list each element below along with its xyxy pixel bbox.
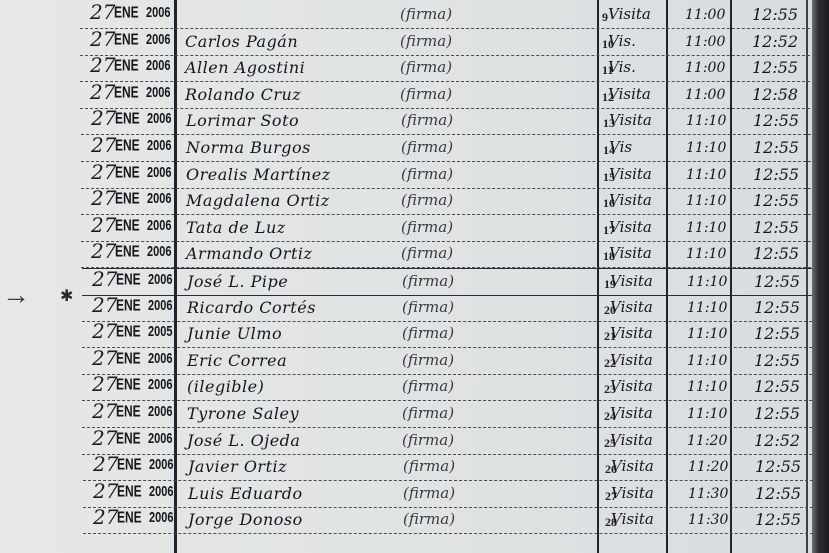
table-row: 27 ENE 2006 Rolando Cruz (firma) 12 Visi… <box>80 82 810 109</box>
time-out: 12:55 <box>752 58 798 84</box>
visitor-signature: (firma) <box>403 457 455 483</box>
table-row: 27 ENE 2006 Tata de Luz (firma) 17 Visit… <box>81 215 811 242</box>
entry-day: 27 <box>92 426 117 452</box>
visitor-name: Luis Eduardo <box>188 484 303 510</box>
entry-day: 27 <box>93 505 118 531</box>
visitor-name: Jorge Donoso <box>188 510 303 536</box>
visitor-signature: (firma) <box>400 32 452 58</box>
visitor-signature: (firma) <box>402 351 454 377</box>
entry-day: 27 <box>91 133 116 159</box>
table-row: 27 ENE 2006 Carlos Pagán (firma) 10 Vis.… <box>80 29 810 56</box>
visit-purpose: Vis <box>609 138 632 164</box>
time-out: 12:58 <box>752 85 798 111</box>
entry-day: 27 <box>92 346 117 372</box>
visit-purpose: Visita <box>609 218 652 244</box>
entry-day: 27 <box>92 399 117 425</box>
entry-day: 27 <box>93 479 118 505</box>
time-out: 12:55 <box>753 111 799 137</box>
visit-purpose: Visita <box>609 111 652 137</box>
visit-purpose: Visita <box>608 5 651 31</box>
time-out: 12:55 <box>753 138 799 164</box>
entry-day: 27 <box>92 372 117 398</box>
table-row: 27 ENE 2006 (ilegible) (firma) 23 Visita… <box>82 374 812 401</box>
visitor-name: José L. Ojeda <box>187 431 300 457</box>
table-row: 27 ENE 2006 José L. Ojeda (firma) 25 Vis… <box>82 428 812 455</box>
visitor-name: Tyrone Saley <box>187 404 299 430</box>
log-sheet-photo: → ✱ 27 ENE 2006 (firma) 9 Visita 11:00 1… <box>0 0 829 553</box>
visitor-name: Ricardo Cortés <box>187 298 316 324</box>
visitor-signature: (firma) <box>401 218 453 244</box>
visitor-name: Armando Ortiz <box>186 244 312 270</box>
visitor-name: Tata de Luz <box>186 218 286 244</box>
visit-purpose: Visita <box>609 191 652 217</box>
entry-day: 27 <box>91 213 116 239</box>
visit-purpose: Vis. <box>608 58 636 84</box>
entry-day: 27 <box>91 160 116 186</box>
visit-purpose: Visita <box>611 510 654 536</box>
visitor-signature: (firma) <box>403 510 455 536</box>
time-out: 12:55 <box>753 218 799 244</box>
visit-purpose: Visita <box>610 404 653 430</box>
entry-day: 27 <box>91 186 116 212</box>
binder-edge <box>812 0 829 553</box>
time-out: 12:55 <box>755 484 801 510</box>
visitor-signature: (firma) <box>402 404 454 430</box>
asterisk-mark-icon: ✱ <box>60 286 73 306</box>
visitor-signature: (firma) <box>401 191 453 217</box>
visitor-signature: (firma) <box>401 111 453 137</box>
table-row: 27 ENE 2006 Norma Burgos (firma) 14 Vis … <box>81 135 811 162</box>
time-out: 12:55 <box>753 244 799 270</box>
entry-day: 27 <box>90 0 115 26</box>
table-row: 27 ENE 2006 Eric Correa (firma) 22 Visit… <box>82 348 812 375</box>
time-out: 12:55 <box>754 298 800 324</box>
visit-purpose: Visita <box>609 165 652 191</box>
time-out: 12:52 <box>754 431 800 457</box>
visitor-name: Norma Burgos <box>186 138 311 164</box>
time-out: 12:55 <box>752 5 798 31</box>
visitor-signature: (firma) <box>400 85 452 111</box>
visitor-name: Eric Correa <box>187 351 287 377</box>
table-row: 27 ENE 2006 Tyrone Saley (firma) 24 Visi… <box>82 401 812 428</box>
visitor-name: Allen Agostini <box>185 58 305 84</box>
time-out: 12:55 <box>755 457 801 483</box>
visitor-name: Junie Ulmo <box>187 324 282 350</box>
visitor-name: Javier Ortiz <box>188 457 287 483</box>
visitor-signature: (firma) <box>402 324 454 350</box>
visitor-name: Lorimar Soto <box>186 111 299 137</box>
entry-day: 27 <box>90 53 115 79</box>
entry-day: 27 <box>90 27 115 53</box>
visitor-name: (ilegible) <box>187 377 264 403</box>
table-row: 27 ENE 2006 Jorge Donoso (firma) 28 Visi… <box>83 507 813 534</box>
entry-day: 27 <box>92 293 117 319</box>
time-in: 11:30 <box>688 512 728 538</box>
table-row: 27 ENE 2006 Magdalena Ortiz (firma) 16 V… <box>81 188 811 215</box>
time-out: 12:52 <box>752 32 798 58</box>
time-out: 12:55 <box>753 191 799 217</box>
visitor-signature: (firma) <box>401 244 453 270</box>
visitor-signature: (firma) <box>401 138 453 164</box>
visit-purpose: Visita <box>610 298 653 324</box>
entry-day: 27 <box>90 80 115 106</box>
visit-purpose: Visita <box>610 431 653 457</box>
entry-day: 27 <box>92 267 117 293</box>
visitor-signature: (firma) <box>400 5 452 31</box>
time-out: 12:55 <box>754 351 800 377</box>
visit-purpose: Visita <box>611 484 654 510</box>
entry-day: 27 <box>93 452 118 478</box>
visit-purpose: Vis. <box>608 32 636 58</box>
entry-month: ENE <box>117 508 142 542</box>
visit-purpose: Visita <box>609 244 652 270</box>
time-out: 12:55 <box>754 377 800 403</box>
table-row: 27 ENE 2006 Allen Agostini (firma) 11 Vi… <box>80 55 810 82</box>
time-out: 12:55 <box>753 165 799 191</box>
visitor-signature: (firma) <box>402 431 454 457</box>
arrow-right-icon: → <box>2 280 44 310</box>
visitor-signature: (firma) <box>403 484 455 510</box>
visit-purpose: Visita <box>611 457 654 483</box>
time-out: 12:55 <box>754 324 800 350</box>
visitor-name: Carlos Pagán <box>185 32 298 58</box>
table-row: 27 ENE 2006 Orealis Martínez (firma) 15 … <box>81 162 811 189</box>
table-row: 27 ENE 2006 Armando Ortiz (firma) 18 Vis… <box>81 241 811 268</box>
visitor-signature: (firma) <box>400 58 452 84</box>
table-row: 27 ENE 2006 José L. Pipe (firma) 19 Visi… <box>82 268 812 296</box>
table-row: 27 ENE 2006 Lorimar Soto (firma) 13 Visi… <box>81 108 811 135</box>
visitor-name: Rolando Cruz <box>185 85 301 111</box>
entry-day: 27 <box>92 319 117 345</box>
table-row: 27 ENE 2005 Junie Ulmo (firma) 21 Visita… <box>82 321 812 348</box>
visit-purpose: Visita <box>610 351 653 377</box>
table-row: 27 ENE 2006 Ricardo Cortés (firma) 20 Vi… <box>82 295 812 322</box>
entry-year: 2006 <box>149 510 173 544</box>
table-row: 27 ENE 2006 Javier Ortiz (firma) 26 Visi… <box>83 454 813 481</box>
visit-purpose: Visita <box>610 377 653 403</box>
visitor-signature: (firma) <box>402 298 454 324</box>
visitor-name: Orealis Martínez <box>186 165 331 191</box>
table-row: 27 ENE 2006 Luis Eduardo (firma) 27 Visi… <box>83 481 813 508</box>
visit-purpose: Visita <box>610 324 653 350</box>
entry-day: 27 <box>91 106 116 132</box>
entry-day: 27 <box>91 239 116 265</box>
time-out: 12:55 <box>755 510 801 536</box>
time-out: 12:55 <box>754 404 800 430</box>
visitor-signature: (firma) <box>401 165 453 191</box>
table-row: 27 ENE 2006 (firma) 9 Visita 11:00 12:55 <box>80 2 810 29</box>
visit-purpose: Visita <box>608 85 651 111</box>
visitor-signature: (firma) <box>402 377 454 403</box>
visitor-name: Magdalena Ortiz <box>186 191 330 217</box>
